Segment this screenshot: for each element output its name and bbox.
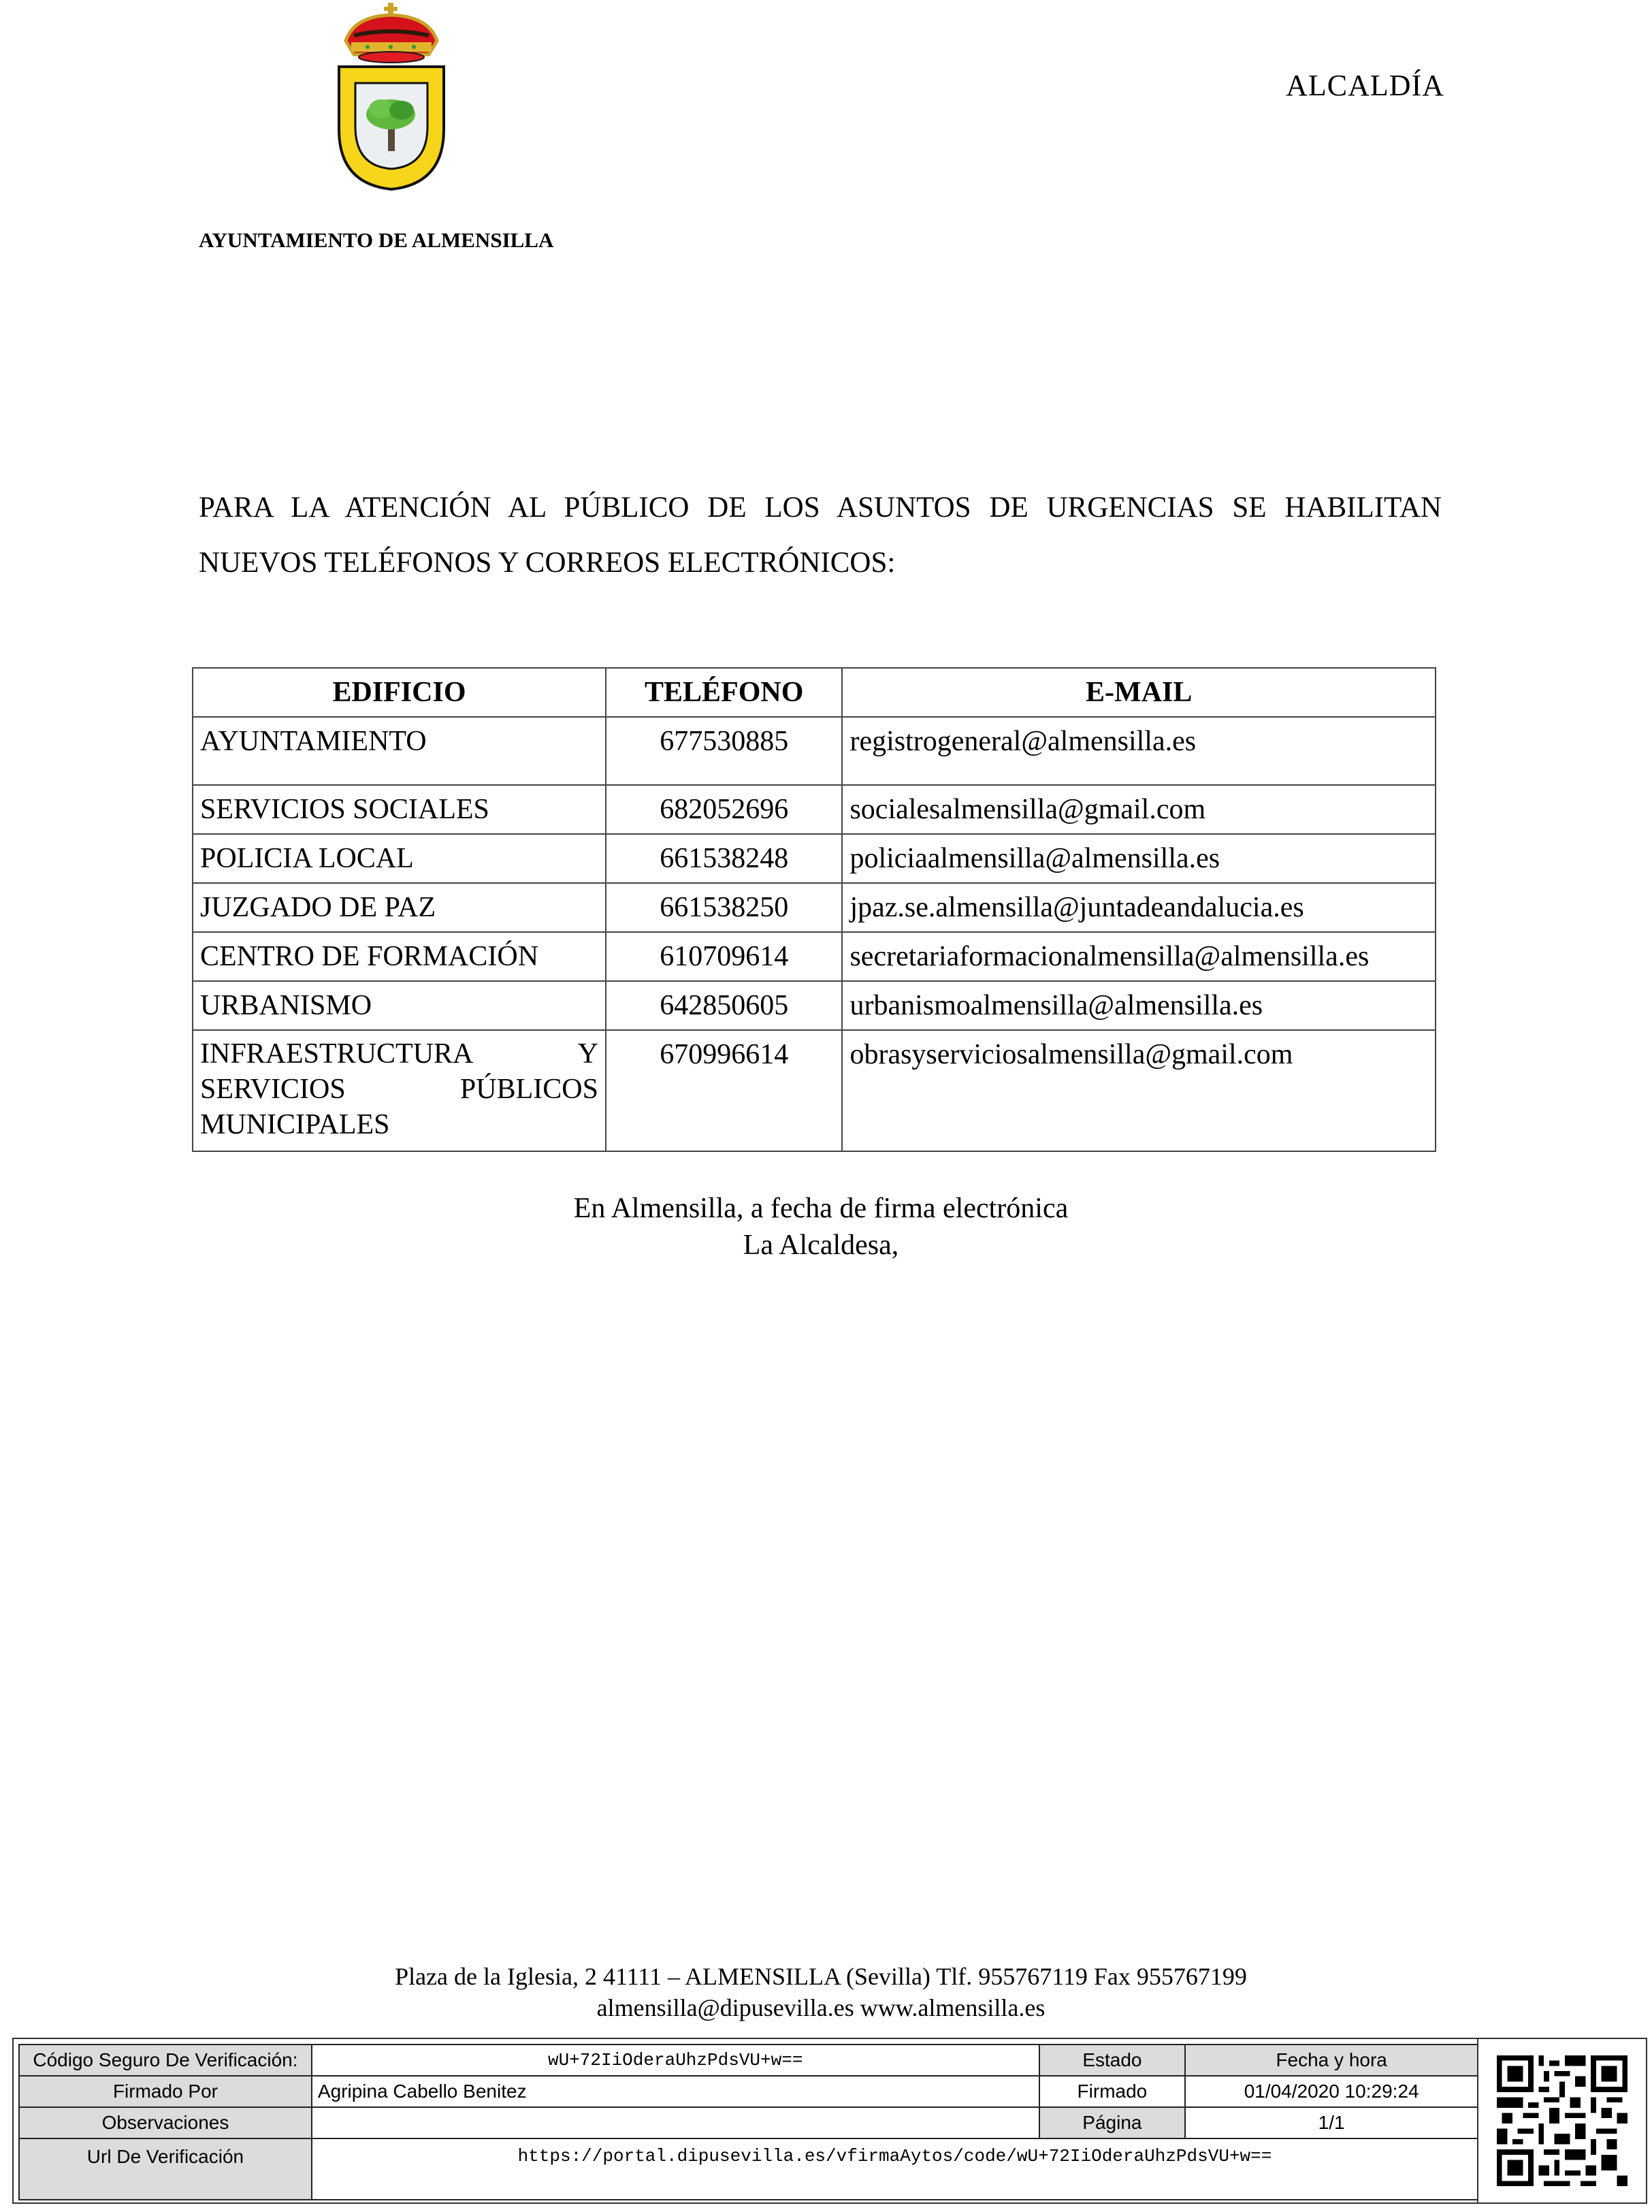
department-heading: ALCALDÍA — [1286, 68, 1444, 103]
observations-label: Observaciones — [19, 2107, 312, 2138]
column-header-phone: TELÉFONO — [606, 668, 842, 717]
url-label: Url De Verificación — [19, 2138, 312, 2200]
email-cell: socialesalmensilla@gmail.com — [842, 785, 1436, 834]
table-row: URBANISMO 642850605 urbanismoalmensilla@… — [193, 981, 1436, 1030]
qr-container — [1477, 2039, 1646, 2202]
building-cell: AYUNTAMIENTO — [193, 717, 606, 785]
datetime-label: Fecha y hora — [1185, 2045, 1478, 2076]
table-row: JUZGADO DE PAZ 661538250 jpaz.se.almensi… — [193, 883, 1436, 932]
email-cell: obrasyserviciosalmensilla@gmail.com — [842, 1030, 1436, 1151]
phone-cell: 642850605 — [606, 981, 842, 1030]
organization-name: AYUNTAMIENTO DE ALMENSILLA — [199, 228, 553, 253]
table-header-row: EDIFICIO TELÉFONO E-MAIL — [193, 668, 1436, 717]
signature-block: En Almensilla, a fecha de firma electrón… — [0, 1190, 1642, 1264]
phone-cell: 661538248 — [606, 834, 842, 883]
verification-code: wU+72IiOderaUhzPdsVU+w== — [312, 2045, 1039, 2076]
datetime-value: 01/04/2020 10:29:24 — [1185, 2076, 1478, 2107]
status-label: Estado — [1039, 2045, 1186, 2076]
verification-block: Código Seguro De Verificación: wU+72IiOd… — [12, 2038, 1647, 2204]
table-row: INFRAESTRUCTURA Y SERVICIOS PÚBLICOS MUN… — [193, 1030, 1436, 1151]
email-cell: jpaz.se.almensilla@juntadeandalucia.es — [842, 883, 1436, 932]
table-row: AYUNTAMIENTO 677530885 registrogeneral@a… — [193, 717, 1436, 785]
building-cell: INFRAESTRUCTURA Y SERVICIOS PÚBLICOS MUN… — [193, 1030, 606, 1151]
email-cell: policiaalmensilla@almensilla.es — [842, 834, 1436, 883]
table-row: CENTRO DE FORMACIÓN 610709614 secretaria… — [193, 932, 1436, 981]
address-line: Plaza de la Iglesia, 2 41111 – ALMENSILL… — [0, 1961, 1642, 1992]
email-cell: urbanismoalmensilla@almensilla.es — [842, 981, 1436, 1030]
observations-value — [312, 2107, 1039, 2138]
signed-by-value: Agripina Cabello Benitez — [312, 2076, 1039, 2107]
phone-cell: 610709614 — [606, 932, 842, 981]
contacts-table: EDIFICIO TELÉFONO E-MAIL AYUNTAMIENTO 67… — [192, 667, 1436, 1152]
status-value: Firmado — [1039, 2076, 1186, 2107]
table-row: POLICIA LOCAL 661538248 policiaalmensill… — [193, 834, 1436, 883]
phone-cell: 682052696 — [606, 785, 842, 834]
verification-url-link[interactable]: https://portal.dipusevilla.es/vfirmaAyto… — [312, 2138, 1478, 2200]
page-value: 1/1 — [1185, 2107, 1478, 2138]
table-row: SERVICIOS SOCIALES 682052696 socialesalm… — [193, 785, 1436, 834]
email-cell: secretariaformacionalmensilla@almensilla… — [842, 932, 1436, 981]
email-cell: registrogeneral@almensilla.es — [842, 717, 1436, 785]
notice-paragraph: PARA LA ATENCIÓN AL PÚBLICO DE LOS ASUNT… — [199, 480, 1442, 590]
code-label: Código Seguro De Verificación: — [19, 2045, 312, 2076]
page-label: Página — [1039, 2107, 1186, 2138]
building-cell: CENTRO DE FORMACIÓN — [193, 932, 606, 981]
municipal-coat-of-arms-icon — [334, 0, 449, 192]
signed-by-label: Firmado Por — [19, 2076, 312, 2107]
phone-cell: 677530885 — [606, 717, 842, 785]
building-cell: SERVICIOS SOCIALES — [193, 785, 606, 834]
phone-cell: 661538250 — [606, 883, 842, 932]
column-header-email: E-MAIL — [842, 668, 1436, 717]
building-cell: URBANISMO — [193, 981, 606, 1030]
footer-address: Plaza de la Iglesia, 2 41111 – ALMENSILL… — [0, 1961, 1642, 2023]
signature-title: La Alcaldesa, — [0, 1227, 1642, 1264]
contact-line: almensilla@dipusevilla.es www.almensilla… — [0, 1992, 1642, 2023]
signature-place-date: En Almensilla, a fecha de firma electrón… — [0, 1190, 1642, 1227]
phone-cell: 670996614 — [606, 1030, 842, 1151]
verification-table: Código Seguro De Verificación: wU+72IiOd… — [18, 2044, 1478, 2200]
building-cell: JUZGADO DE PAZ — [193, 883, 606, 932]
qr-code-icon — [1497, 2055, 1627, 2186]
column-header-building: EDIFICIO — [193, 668, 606, 717]
building-cell: POLICIA LOCAL — [193, 834, 606, 883]
